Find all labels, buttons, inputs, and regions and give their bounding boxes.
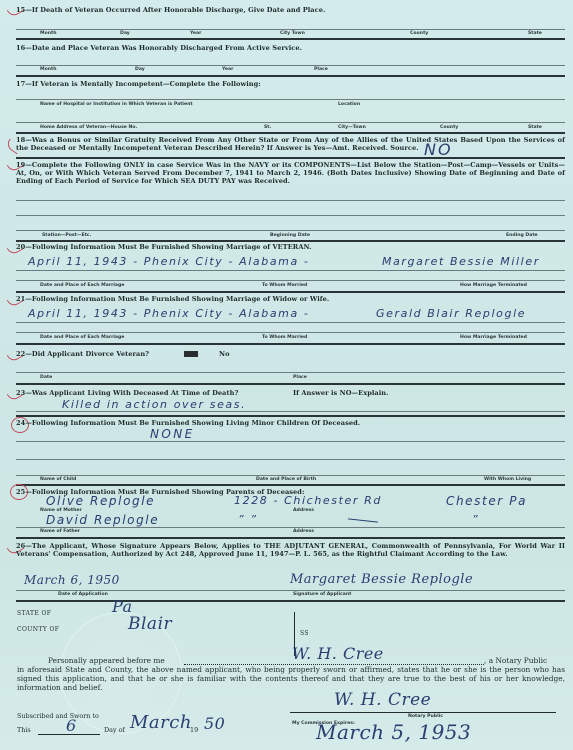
question-23-explain: If Answer is NO—Explain. <box>293 389 389 397</box>
question-17: 17—If Veteran is Mentally Incompetent—Co… <box>16 80 565 88</box>
answer-line <box>16 29 565 30</box>
section-divider <box>16 383 565 385</box>
label-year: Year <box>190 31 201 36</box>
label-month: Month <box>40 67 56 72</box>
label-how-terminated: How Marriage Terminated <box>460 335 527 340</box>
applicant-signature: Margaret Bessie Replogle <box>290 572 473 587</box>
label-with-whom-living: With Whom Living <box>484 477 531 482</box>
label-city-town: City—Town <box>338 125 366 130</box>
label-name-of-child: Name of Child <box>40 477 76 482</box>
answer-line <box>16 441 565 442</box>
day-handwritten: 6 <box>66 716 77 735</box>
label-county-of: COUNTY OF <box>17 625 59 634</box>
answer-line <box>16 99 565 100</box>
label-date-place-marriage: Date and Place of Each Marriage <box>40 335 124 340</box>
label-ending-date: Ending Date <box>506 233 538 238</box>
year-handwritten: 50 <box>204 714 225 733</box>
notary-name-handwritten: W. H. Cree <box>292 644 384 663</box>
question-16: 16—Date and Place Veteran Was Honorably … <box>16 44 565 52</box>
answer-line <box>16 322 565 323</box>
label-how-terminated: How Marriage Terminated <box>460 283 527 288</box>
subscribed-label: Subscribed and Sworn to <box>17 712 99 721</box>
notary-signature-line <box>290 712 556 713</box>
answer-21-date-place: April 11, 1943 - Phenix City - Alabama - <box>28 307 309 320</box>
label-home-address: Home Address of Veteran—House No. <box>40 125 137 130</box>
father-name-handwritten: David Replogle <box>46 513 159 527</box>
answer-line <box>16 122 565 123</box>
label-state: State <box>528 31 542 36</box>
answer-line <box>16 280 565 281</box>
answer-20-spouse: Margaret Bessie Miller <box>382 255 540 268</box>
label-county: County <box>410 31 428 36</box>
notary-signature: W. H. Cree <box>334 690 431 710</box>
label-state: State <box>528 125 542 130</box>
mother-address-handwritten: 1228 - Chichester Rd <box>234 494 382 507</box>
answer-line <box>16 270 565 271</box>
label-notary-public: Notary Public <box>408 714 443 719</box>
section-divider <box>16 75 565 77</box>
label-date-of-application: Date of Application <box>58 592 108 597</box>
label-hospital-name: Name of Hospital or Institution in Which… <box>40 102 193 107</box>
answer-line <box>16 475 565 476</box>
county-handwritten: Blair <box>128 614 172 634</box>
year-prefix: 19 <box>190 726 198 735</box>
answer-line <box>16 215 565 216</box>
father-address-ditto: ” ” <box>238 513 258 526</box>
label-day: Day <box>135 67 145 72</box>
label-name-of-father: Name of Father <box>40 529 80 534</box>
appeared-suffix: , a Notary Public <box>484 656 547 665</box>
veteran-compensation-application-page: 15—If Death of Veteran Occurred After Ho… <box>0 0 573 750</box>
label-month: Month <box>40 31 56 36</box>
appeared-prefix: Personally appeared before me <box>48 656 165 665</box>
section-divider <box>16 240 565 242</box>
answer-line <box>16 372 565 373</box>
question-18: 18—Was a Bonus or Similar Gratuity Recei… <box>16 136 565 152</box>
section-divider <box>16 157 565 159</box>
section-divider <box>16 415 565 417</box>
question-22: 22—Did Applicant Divorce Veteran? <box>16 350 565 358</box>
commission-expires-handwritten: March 5, 1953 <box>316 720 471 744</box>
answer-line <box>16 332 565 333</box>
section-divider <box>16 484 565 486</box>
ditto-dash <box>348 518 378 522</box>
question-24: 24—Following Information Must Be Furnish… <box>16 419 565 427</box>
section-divider <box>16 291 565 293</box>
label-street: St. <box>264 125 271 130</box>
label-date-place-marriage: Date and Place of Each Marriage <box>40 283 124 288</box>
label-location: Location <box>338 102 360 107</box>
label-to-whom-married: To Whom Married <box>262 335 307 340</box>
father-city-ditto: ” <box>472 513 479 526</box>
answer-line <box>16 65 565 66</box>
label-place: Place <box>314 67 328 72</box>
signature-line <box>16 590 565 591</box>
label-year: Year <box>222 67 233 72</box>
section-divider <box>16 38 565 40</box>
day-of-label: Day of <box>104 726 125 735</box>
question-23: 23—Was Applicant Living With Deceased At… <box>16 389 238 397</box>
section-divider <box>16 132 565 134</box>
section-divider <box>16 343 565 345</box>
label-signature-of-applicant: Signature of Applicant <box>293 592 351 597</box>
section-divider <box>16 600 565 602</box>
option-no: No <box>219 350 230 358</box>
notary-statement: in aforesaid State and County, the above… <box>17 665 565 692</box>
question-20: 20—Following Information Must Be Furnish… <box>16 243 565 251</box>
question-26: 26—The Applicant, Whose Signature Appear… <box>16 542 565 558</box>
label-county: County <box>440 125 458 130</box>
answer-23-handwritten: Killed in action over seas. <box>62 398 246 411</box>
label-place: Place <box>293 375 307 380</box>
label-city-town: City Town <box>280 31 305 36</box>
label-address: Address <box>293 508 314 513</box>
label-date: Date <box>40 375 52 380</box>
label-state-of: STATE OF <box>17 609 51 618</box>
label-ss: SS <box>300 629 309 638</box>
answer-line <box>16 411 565 412</box>
this-label: This <box>17 726 31 735</box>
label-date-place-birth: Date and Place of Birth <box>256 477 316 482</box>
answer-line <box>16 200 565 201</box>
answer-21-spouse: Gerald Blair Replogle <box>376 307 526 320</box>
answer-20-date-place: April 11, 1943 - Phenix City - Alabama - <box>28 255 309 268</box>
label-day: Day <box>120 31 130 36</box>
label-to-whom-married: To Whom Married <box>262 283 307 288</box>
mother-city-handwritten: Chester Pa <box>446 494 527 508</box>
month-handwritten: March <box>130 712 192 733</box>
section-divider <box>16 537 565 539</box>
question-19: 19—Complete the Following ONLY in case S… <box>16 161 565 186</box>
answer-line <box>16 230 565 231</box>
label-beginning-date: Beginning Date <box>270 233 310 238</box>
answer-line <box>16 527 565 528</box>
answer-line <box>16 459 565 460</box>
mother-name-handwritten: Olive Replogle <box>46 494 155 508</box>
date-of-application-handwritten: March 6, 1950 <box>24 573 120 587</box>
label-address: Address <box>293 529 314 534</box>
label-station: Station—Post—Etc. <box>42 233 91 238</box>
question-15: 15—If Death of Veteran Occurred After Ho… <box>16 6 565 14</box>
struck-yes-option <box>184 351 198 357</box>
answer-24-handwritten: NONE <box>150 427 195 441</box>
question-21: 21—Following Information Must Be Furnish… <box>16 295 565 303</box>
